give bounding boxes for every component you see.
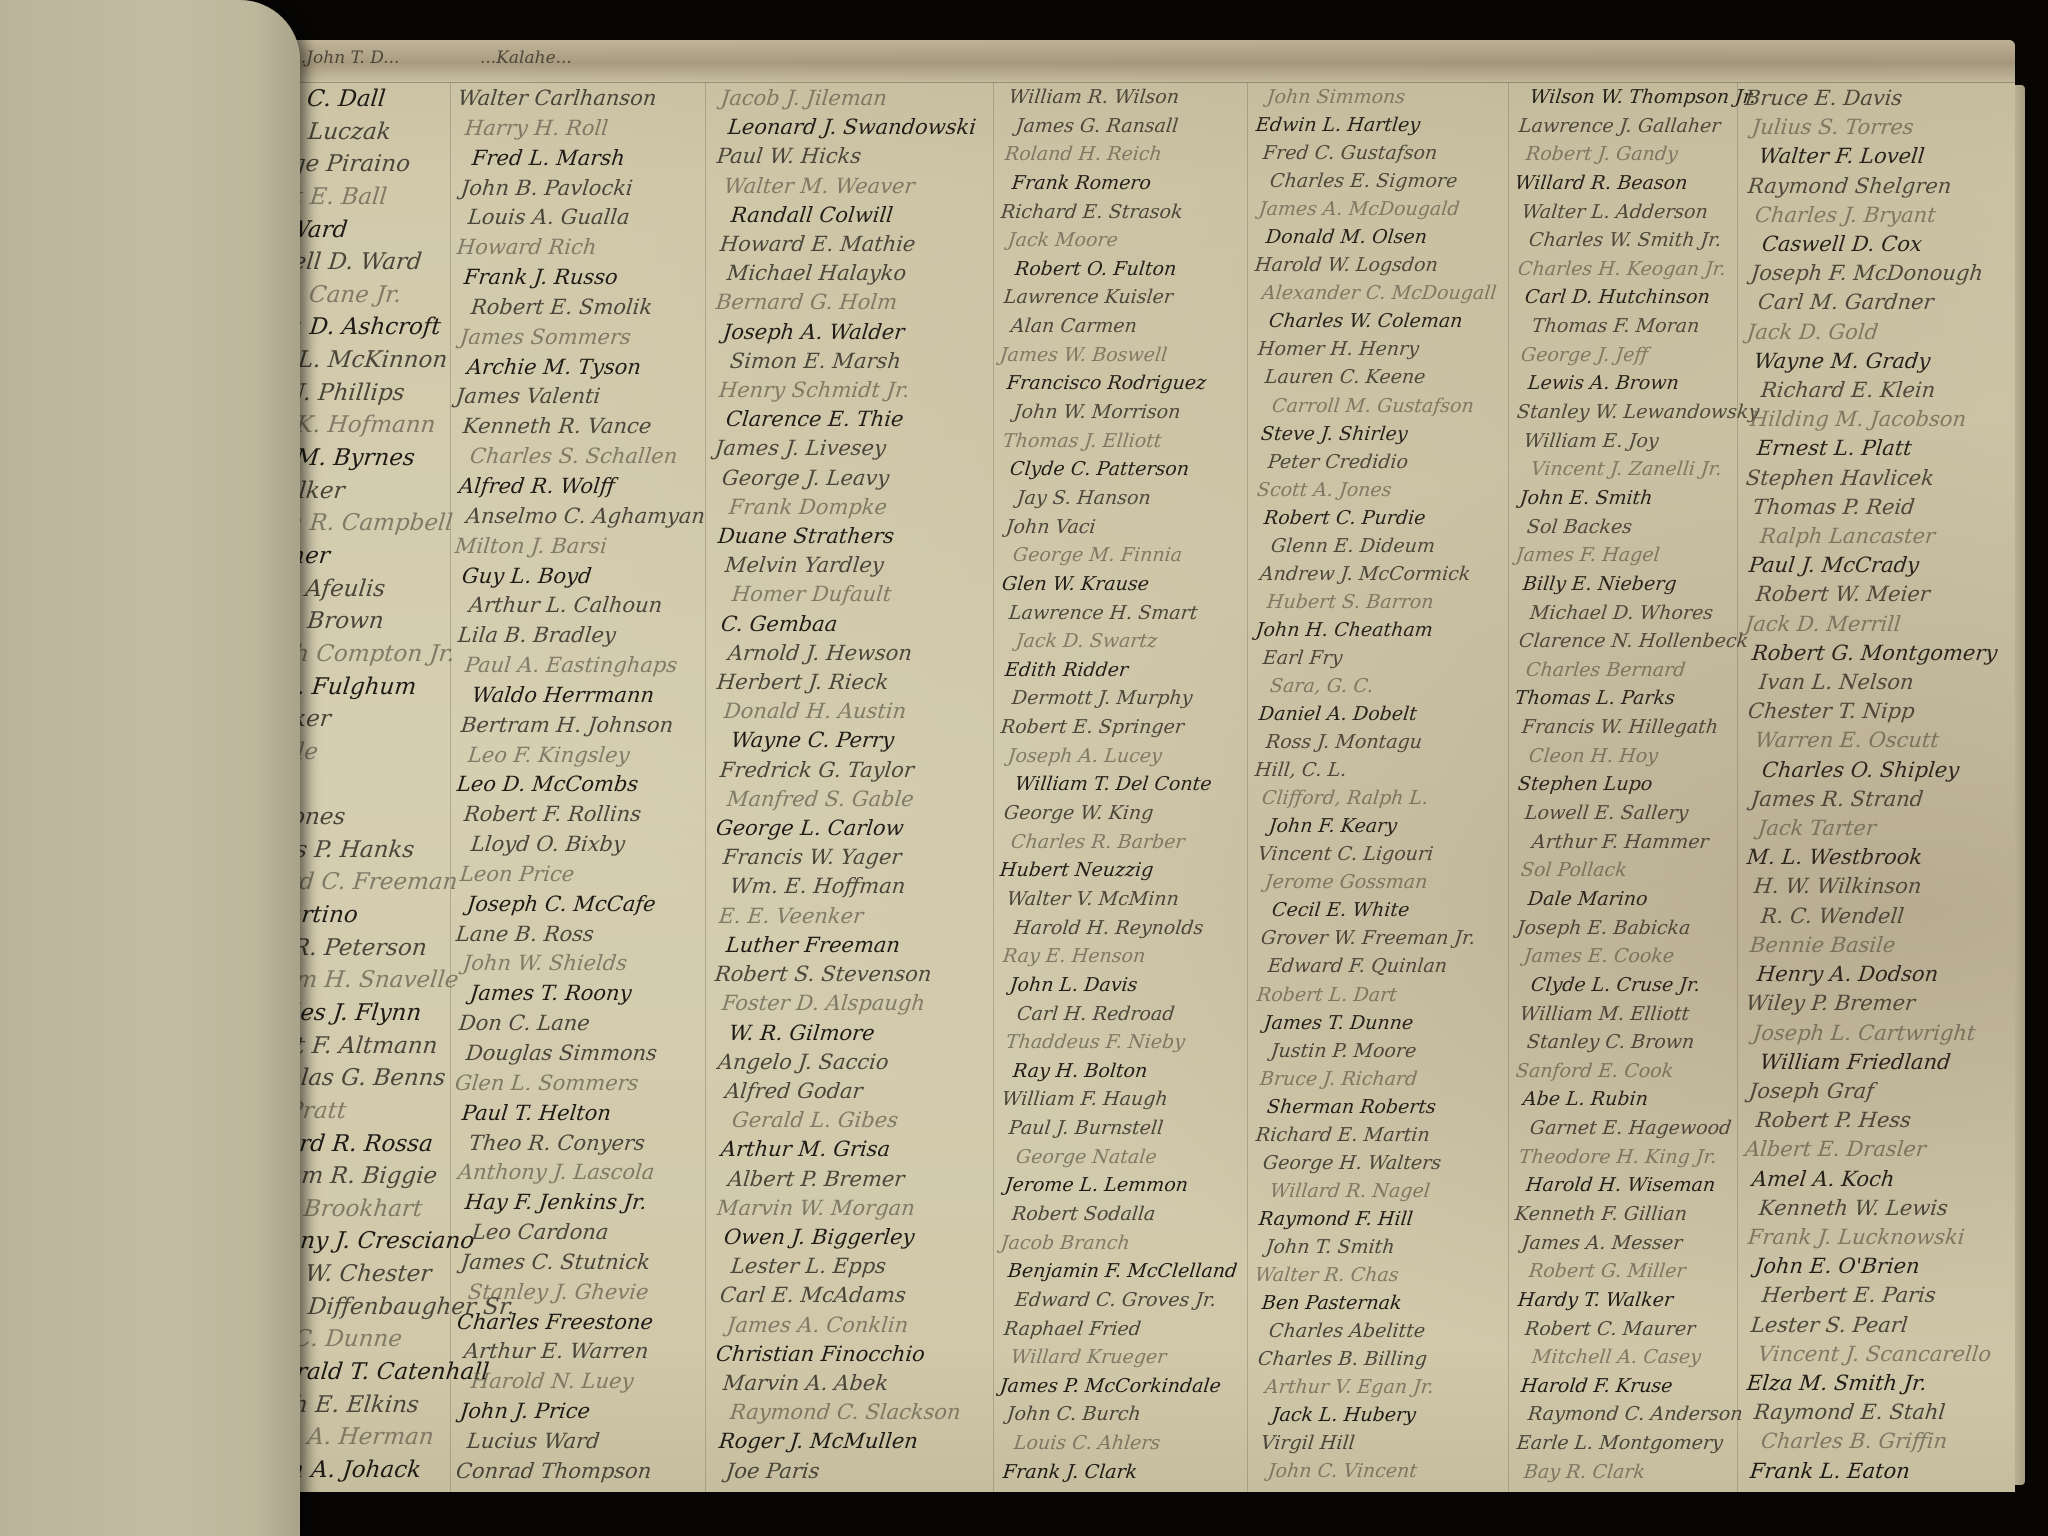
signature-entry: Lester L. Epps (714, 1256, 991, 1277)
signature-entry: Francis W. Yager (714, 847, 991, 868)
signature-entry: Hubert Neuzzig (999, 861, 1246, 880)
signature-entry: Arthur M. Grisa (714, 1139, 991, 1160)
signature-entry: Lawrence Kuisler (999, 288, 1246, 307)
signature-entry: Richard E. Strasok (999, 203, 1246, 222)
signature-entry: M. L. Westbrook (1744, 847, 1986, 868)
signature-entry: Leonard J. Swandowski (714, 117, 991, 138)
signature-entry: Dermott J. Murphy (999, 689, 1246, 708)
signature-entry: Charles E. Sigmore (1254, 172, 1506, 191)
signature-entry: Cleon H. Hoy (1514, 747, 1736, 766)
signature-entry: Henry Schmidt Jr. (714, 380, 991, 401)
signature-entry: Howard E. Mathie (714, 234, 991, 255)
column-rule (1737, 82, 1738, 1492)
signature-entry: Vincent C. Ligouri (1254, 845, 1506, 864)
signature-entry: George M. Finnia (999, 546, 1246, 565)
signature-entry: Benjamin F. McClelland (999, 1262, 1246, 1281)
column-rule (993, 82, 994, 1492)
signature-entry: Raphael Fried (999, 1320, 1246, 1339)
signature-entry: Charles J. Bryant (1744, 205, 1986, 226)
signature-entry: Stanley W. Lewandowsky (1514, 403, 1736, 422)
signature-entry: Roland H. Reich (999, 145, 1246, 164)
signature-entry: Robert G. Miller (1514, 1262, 1736, 1281)
signature-entry: Marvin A. Abek (714, 1373, 991, 1394)
signature-entry: Charles Bernard (1514, 661, 1736, 680)
signature-entry: Frank L. Eaton (1744, 1461, 1986, 1482)
signature-entry: Arthur V. Egan Jr. (1254, 1378, 1506, 1397)
signature-entry: John L. Davis (999, 976, 1246, 995)
signature-entry: Lawrence J. Gallaher (1514, 117, 1736, 136)
signature-entry: Virgil Hill (1254, 1434, 1506, 1453)
signature-entry: Melvin Yardley (714, 555, 991, 576)
signature-entry: Julius S. Torres (1744, 117, 1986, 138)
signature-entry: Henry A. Dodson (1744, 964, 1986, 985)
signature-entry: Glen L. Sommers (454, 1073, 701, 1094)
signature-column-3: Jacob J. JilemanLeonard J. SwandowskiPau… (715, 88, 990, 1482)
signature-entry: Carl E. McAdams (714, 1285, 991, 1306)
signature-entry: John E. Smith (1514, 489, 1736, 508)
signature-entry: Robert O. Fulton (999, 260, 1246, 279)
signature-entry: Albert E. Drasler (1744, 1139, 1986, 1160)
signature-entry: Clarence E. Thie (714, 409, 991, 430)
signature-entry: Donald H. Austin (714, 701, 991, 722)
signature-entry: Stanley J. Ghevie (454, 1282, 701, 1303)
signature-entry: Milton J. Barsi (454, 536, 701, 557)
signature-entry: Bay R. Clark (1514, 1463, 1736, 1482)
signature-entry: John Simmons (1254, 88, 1506, 107)
column-rule (705, 82, 706, 1492)
signature-entry: Charles B. Billing (1254, 1350, 1506, 1369)
signature-entry: James E. Cooke (1514, 947, 1736, 966)
signature-entry: Wayne C. Perry (714, 730, 991, 751)
signature-entry: Owen J. Biggerley (714, 1227, 991, 1248)
signature-entry: W. R. Gilmore (714, 1023, 991, 1044)
signature-entry: Michael D. Whores (1514, 604, 1736, 623)
ledger-page: ...John T. D... ...Kalahe... Robert C. D… (230, 40, 2015, 1492)
signature-entry: Charles B. Griffin (1744, 1431, 1986, 1452)
signature-entry: Paul W. Hicks (714, 146, 991, 167)
signature-entry: James P. McCorkindale (999, 1377, 1246, 1396)
signature-entry: George J. Jeff (1514, 346, 1736, 365)
signature-entry: Anthony J. Lascola (454, 1162, 701, 1183)
signature-entry: Joseph E. Babicka (1514, 919, 1736, 938)
signature-entry: Walter V. McMinn (999, 890, 1246, 909)
signature-entry: Luther Freeman (714, 935, 991, 956)
signature-entry: Carroll M. Gustafson (1254, 397, 1506, 416)
signature-entry: James T. Dunne (1254, 1014, 1506, 1033)
signature-entry: Lawrence H. Smart (999, 604, 1246, 623)
signature-entry: Carl D. Hutchinson (1514, 288, 1736, 307)
signature-entry: Ernest L. Platt (1744, 438, 1986, 459)
signature-entry: George J. Leavy (714, 468, 991, 489)
signature-entry: John J. Price (454, 1401, 701, 1422)
signature-entry: Edward F. Quinlan (1254, 957, 1506, 976)
signature-entry: Jack D. Gold (1744, 322, 1986, 343)
signature-entry: Roger J. McMullen (714, 1431, 991, 1452)
signature-entry: Willard R. Nagel (1254, 1182, 1506, 1201)
signature-entry: Robert E. Springer (999, 718, 1246, 737)
signature-entry: Harold H. Reynolds (999, 919, 1246, 938)
signature-entry: Thomas L. Parks (1514, 689, 1736, 708)
signature-entry: Jack D. Swartz (999, 632, 1246, 651)
signature-entry: Clarence N. Hollenbeck (1514, 632, 1736, 651)
signature-entry: Richard E. Klein (1744, 380, 1986, 401)
signature-entry: Thomas P. Reid (1744, 497, 1986, 518)
signature-entry: William F. Haugh (999, 1090, 1246, 1109)
signature-entry: Thaddeus F. Nieby (999, 1033, 1246, 1052)
signature-entry: Sara, G. C. (1254, 677, 1506, 696)
signature-entry: Kenneth R. Vance (454, 416, 701, 437)
signature-entry: Jacob Branch (999, 1234, 1246, 1253)
signature-entry: Steve J. Shirley (1254, 425, 1506, 444)
signature-entry: Donald M. Olsen (1254, 228, 1506, 247)
signature-entry: Jacob J. Jileman (714, 88, 991, 109)
signature-entry: James J. Livesey (714, 438, 991, 459)
signature-entry: Guy L. Boyd (454, 566, 701, 587)
left-page-curl[interactable] (0, 0, 300, 1536)
signature-entry: Charles O. Shipley (1744, 760, 1986, 781)
signature-entry: Robert C. Purdie (1254, 509, 1506, 528)
signature-entry: Caswell D. Cox (1744, 234, 1986, 255)
signature-entry: Willard Krueger (999, 1348, 1246, 1367)
signature-column-4: William R. WilsonJames G. RansallRoland … (1000, 88, 1245, 1482)
signature-entry: George L. Carlow (714, 818, 991, 839)
signature-entry: Andrew J. McCormick (1254, 565, 1506, 584)
signature-column-6: Wilson W. Thompson Jr.Lawrence J. Gallah… (1515, 88, 1735, 1482)
signature-entry: Chester T. Nipp (1744, 701, 1986, 722)
signature-entry: Earl Fry (1254, 649, 1506, 668)
signature-entry: Alexander C. McDougall (1254, 284, 1506, 303)
signature-entry: James A. Conklin (714, 1315, 991, 1336)
signature-entry: Joseph Graf (1744, 1081, 1986, 1102)
signature-entry: Frank Romero (999, 174, 1246, 193)
signature-entry: Willard R. Beason (1514, 174, 1736, 193)
signature-entry: William R. Wilson (999, 88, 1246, 107)
signature-entry: James F. Hagel (1514, 546, 1736, 565)
signature-entry: Stephen Havlicek (1744, 468, 1986, 489)
signature-entry: Vincent J. Scancarello (1744, 1344, 1986, 1365)
signature-entry: Jerome Gossman (1254, 873, 1506, 892)
signature-entry: Randall Colwill (714, 205, 991, 226)
signature-entry: John F. Keary (1254, 817, 1506, 836)
signature-entry: Hubert S. Barron (1254, 593, 1506, 612)
signature-entry: Leo D. McCombs (454, 774, 701, 795)
signature-entry: Hardy T. Walker (1514, 1291, 1736, 1310)
signature-entry: Sol Pollack (1514, 861, 1736, 880)
signature-entry: Robert J. Gandy (1514, 145, 1736, 164)
signature-entry: Fred C. Gustafson (1254, 144, 1506, 163)
signature-entry: Robert Sodalla (999, 1205, 1246, 1224)
signature-entry: Hill, C. L. (1254, 761, 1506, 780)
column-rule (1247, 82, 1248, 1492)
signature-entry: Louis C. Ahlers (999, 1434, 1246, 1453)
signature-entry: John C. Burch (999, 1405, 1246, 1424)
signature-entry: Waldo Herrmann (454, 685, 701, 706)
signature-entry: Sanford E. Cook (1514, 1062, 1736, 1081)
signature-entry: Warren E. Oscutt (1744, 730, 1986, 751)
signature-entry: Manfred S. Gable (714, 789, 991, 810)
signature-entry: Simon E. Marsh (714, 351, 991, 372)
signature-entry: Lucius Ward (454, 1431, 701, 1452)
signature-entry: Peter Credidio (1254, 453, 1506, 472)
signature-entry: Arthur E. Warren (454, 1341, 701, 1362)
signature-entry: Albert P. Bremer (714, 1169, 991, 1190)
signature-entry: Jack L. Hubery (1254, 1406, 1506, 1425)
signature-entry: Walter L. Adderson (1514, 203, 1736, 222)
signature-entry: Francis W. Hillegath (1514, 718, 1736, 737)
signature-entry: Lewis A. Brown (1514, 374, 1736, 393)
signature-entry: Raymond E. Stahl (1744, 1402, 1986, 1423)
signature-entry: Harold N. Luey (454, 1371, 701, 1392)
signature-entry: John E. O'Brien (1744, 1256, 1986, 1277)
signature-entry: Herbert E. Paris (1744, 1285, 1986, 1306)
signature-entry: James R. Strand (1744, 789, 1986, 810)
signature-entry: Joseph L. Cartwright (1744, 1023, 1986, 1044)
signature-entry: Elza M. Smith Jr. (1744, 1373, 1986, 1394)
signature-entry: Lauren C. Keene (1254, 368, 1506, 387)
signature-entry: James C. Stutnick (454, 1252, 701, 1273)
signature-entry: Cecil E. White (1254, 901, 1506, 920)
signature-entry: Glenn E. Dideum (1254, 537, 1506, 556)
signature-entry: Hilding M. Jacobson (1744, 409, 1986, 430)
signature-entry: John C. Vincent (1254, 1462, 1506, 1481)
signature-entry: Kenneth F. Gillian (1514, 1205, 1736, 1224)
signature-entry: Jerome L. Lemmon (999, 1176, 1246, 1195)
signature-entry: Bernard G. Holm (714, 292, 991, 313)
signature-entry: William E. Joy (1514, 432, 1736, 451)
signature-entry: Ralph Lancaster (1744, 526, 1986, 547)
signature-entry: Stanley C. Brown (1514, 1033, 1736, 1052)
signature-entry: Theodore H. King Jr. (1514, 1148, 1736, 1167)
signature-entry: Howard Rich (454, 237, 701, 258)
signature-entry: Dale Marino (1514, 890, 1736, 909)
signature-entry: James W. Boswell (999, 346, 1246, 365)
signature-entry: Herbert J. Rieck (714, 672, 991, 693)
signature-entry: Bruce J. Richard (1254, 1070, 1506, 1089)
signature-entry: Garnet E. Hagewood (1514, 1119, 1736, 1138)
signature-entry: Richard E. Martin (1254, 1126, 1506, 1145)
signature-entry: Robert L. Dart (1254, 986, 1506, 1005)
signature-entry: Lowell E. Sallery (1514, 804, 1736, 823)
signature-entry: Wiley P. Bremer (1744, 993, 1986, 1014)
signature-entry: Alfred Godar (714, 1081, 991, 1102)
signature-entry: Earle L. Montgomery (1514, 1434, 1736, 1453)
signature-entry: Charles Freestone (454, 1312, 701, 1333)
signature-entry: Joe Paris (714, 1461, 991, 1482)
header-fragment: ...John T. D... (290, 48, 399, 68)
signature-entry: Kenneth W. Lewis (1744, 1198, 1986, 1219)
column-rule (1508, 82, 1509, 1492)
signature-entry: Grover W. Freeman Jr. (1254, 929, 1506, 948)
signature-entry: R. C. Wendell (1744, 906, 1986, 927)
signature-entry: Don C. Lane (454, 1013, 701, 1034)
signature-entry: Robert W. Meier (1744, 584, 1986, 605)
signature-entry: Carl M. Gardner (1744, 292, 1986, 313)
signature-entry: Ray H. Bolton (999, 1062, 1246, 1081)
signature-entry: Arthur F. Hammer (1514, 833, 1736, 852)
signature-entry: Joseph F. McDonough (1744, 263, 1986, 284)
signature-entry: John Vaci (999, 518, 1246, 537)
header-fragment: ...Kalahe... (480, 48, 572, 68)
signature-entry: Edward C. Groves Jr. (999, 1291, 1246, 1310)
signature-entry: Arnold J. Hewson (714, 643, 991, 664)
signature-entry: Jack Tarter (1744, 818, 1986, 839)
signature-entry: Jack Moore (999, 231, 1246, 250)
signature-entry: Fredrick G. Taylor (714, 760, 991, 781)
signature-entry: Foster D. Alspaugh (714, 993, 991, 1014)
signature-entry: George W. King (999, 804, 1246, 823)
signature-entry: Bennie Basile (1744, 935, 1986, 956)
signature-entry: Douglas Simmons (454, 1043, 701, 1064)
signature-entry: Harry H. Roll (454, 118, 701, 139)
signature-entry: Theo R. Conyers (454, 1133, 701, 1154)
signature-entry: Edwin L. Hartley (1254, 116, 1506, 135)
signature-entry: Christian Finocchio (714, 1344, 991, 1365)
signature-entry: Stephen Lupo (1514, 775, 1736, 794)
signature-entry: Vincent J. Zanelli Jr. (1514, 460, 1736, 479)
signature-entry: Bruce E. Davis (1744, 88, 1986, 109)
signature-entry: Anselmo C. Aghamyan (454, 506, 701, 527)
signature-entry: Wayne M. Grady (1744, 351, 1986, 372)
signature-entry: Joseph A. Walder (714, 322, 991, 343)
signature-entry: Robert F. Rollins (454, 804, 701, 825)
signature-entry: Paul T. Helton (454, 1103, 701, 1124)
signature-entry: James A. McDougald (1254, 200, 1506, 219)
signature-entry: Frank Dompke (714, 497, 991, 518)
signature-entry: Leo F. Kingsley (454, 745, 701, 766)
signature-entry: Charles H. Keogan Jr. (1514, 260, 1736, 279)
signature-entry: William M. Elliott (1514, 1005, 1736, 1024)
signature-entry: Clyde C. Patterson (999, 460, 1246, 479)
signature-entry: Joseph A. Lucey (999, 747, 1246, 766)
signature-entry: Edith Ridder (999, 661, 1246, 680)
signature-entry: Clyde L. Cruse Jr. (1514, 976, 1736, 995)
signature-entry: Robert C. Maurer (1514, 1320, 1736, 1339)
signature-entry: E. E. Veenker (714, 906, 991, 927)
signature-entry: Hay F. Jenkins Jr. (454, 1192, 701, 1213)
signature-entry: Ray E. Henson (999, 947, 1246, 966)
signature-entry: Abe L. Rubin (1514, 1090, 1736, 1109)
signature-entry: Harold W. Logsdon (1254, 256, 1506, 275)
signature-entry: Angelo J. Saccio (714, 1052, 991, 1073)
signature-entry: Sherman Roberts (1254, 1098, 1506, 1117)
signature-entry: Harold H. Wiseman (1514, 1176, 1736, 1195)
signature-entry: James T. Roony (454, 983, 701, 1004)
signature-entry: George Natale (999, 1148, 1246, 1167)
signature-entry: Raymond C. Slackson (714, 1402, 991, 1423)
signature-entry: Homer H. Henry (1254, 340, 1506, 359)
signature-entry: Jay S. Hanson (999, 489, 1246, 508)
signature-entry: Alfred R. Wolff (454, 476, 701, 497)
signature-entry: Conrad Thompson (454, 1461, 701, 1482)
signature-entry: James A. Messer (1514, 1234, 1736, 1253)
signature-entry: William Friedland (1744, 1052, 1986, 1073)
signature-entry: Frank J. Russo (454, 267, 701, 288)
signature-entry: Michael Halayko (714, 263, 991, 284)
signature-entry: Carl H. Redroad (999, 1005, 1246, 1024)
signature-entry: Walter F. Lovell (1744, 146, 1986, 167)
signature-entry: Lila B. Bradley (454, 625, 701, 646)
signature-entry: John T. Smith (1254, 1238, 1506, 1257)
signature-entry: Amel A. Koch (1744, 1169, 1986, 1190)
signature-entry: Scott A. Jones (1254, 481, 1506, 500)
header-strip: ...John T. D... ...Kalahe... (230, 40, 2015, 83)
signature-entry: Sol Backes (1514, 518, 1736, 537)
signature-entry: Robert G. Montgomery (1744, 643, 1986, 664)
signature-entry: Walter M. Weaver (714, 176, 991, 197)
signature-entry: Ben Pasternak (1254, 1294, 1506, 1313)
signature-entry: Ross J. Montagu (1254, 733, 1506, 752)
signature-entry: C. Gembaa (714, 614, 991, 635)
signature-entry: Homer Dufault (714, 584, 991, 605)
signature-entry: Leo Cardona (454, 1222, 701, 1243)
signature-entry: Thomas F. Moran (1514, 317, 1736, 336)
signature-entry: Charles W. Coleman (1254, 312, 1506, 331)
signature-entry: Charles R. Barber (999, 833, 1246, 852)
signature-entry: Wm. E. Hoffman (714, 876, 991, 897)
signature-entry: Robert S. Stevenson (714, 964, 991, 985)
signature-column-5: John SimmonsEdwin L. HartleyFred C. Gust… (1255, 88, 1505, 1482)
signature-entry: Charles Abelitte (1254, 1322, 1506, 1341)
signature-entry: James Valenti (454, 386, 701, 407)
signature-entry: Clifford, Ralph L. (1254, 789, 1506, 808)
signature-entry: Lloyd O. Bixby (454, 834, 701, 855)
column-rule (450, 82, 451, 1492)
signature-entry: William T. Del Conte (999, 775, 1246, 794)
signature-entry: Walter Carlhanson (454, 88, 701, 109)
signature-entry: Lester S. Pearl (1744, 1315, 1986, 1336)
signature-entry: Paul J. McCrady (1744, 555, 1986, 576)
signature-entry: Lane B. Ross (454, 924, 701, 945)
signature-entry: Francisco Rodriguez (999, 374, 1246, 393)
signature-entry: Glen W. Krause (999, 575, 1246, 594)
signature-entry: Wilson W. Thompson Jr. (1514, 88, 1736, 107)
signature-entry: Charles W. Smith Jr. (1514, 231, 1736, 250)
signature-entry: Robert E. Smolik (454, 297, 701, 318)
signature-entry: Arthur L. Calhoun (454, 595, 701, 616)
signature-column-7: Bruce E. DavisJulius S. TorresWalter F. … (1745, 88, 1985, 1482)
signature-entry: Thomas J. Elliott (999, 432, 1246, 451)
signature-entry: Fred L. Marsh (454, 148, 701, 169)
signature-entry: Paul A. Eastinghaps (454, 655, 701, 676)
signature-entry: Bertram H. Johnson (454, 715, 701, 736)
signature-entry: John W. Shields (454, 953, 701, 974)
signature-entry: H. W. Wilkinson (1744, 876, 1986, 897)
signature-entry: Alan Carmen (999, 317, 1246, 336)
signature-entry: Marvin W. Morgan (714, 1198, 991, 1219)
signature-entry: Joseph C. McCafe (454, 894, 701, 915)
signature-entry: Ivan L. Nelson (1744, 672, 1986, 693)
signature-entry: John H. Cheatham (1254, 621, 1506, 640)
signature-entry: Frank J. Clark (999, 1463, 1246, 1482)
signature-entry: Daniel A. Dobelt (1254, 705, 1506, 724)
signature-entry: Justin P. Moore (1254, 1042, 1506, 1061)
signature-entry: Raymond Shelgren (1744, 176, 1986, 197)
signature-entry: John B. Pavlocki (454, 178, 701, 199)
signature-entry: Archie M. Tyson (454, 357, 701, 378)
signature-entry: John W. Morrison (999, 403, 1246, 422)
signature-entry: Duane Strathers (714, 526, 991, 547)
signature-entry: Louis A. Gualla (454, 207, 701, 228)
signature-entry: Billy E. Nieberg (1514, 575, 1736, 594)
signature-entry: Paul J. Burnstell (999, 1119, 1246, 1138)
signature-entry: George H. Walters (1254, 1154, 1506, 1173)
signature-entry: Raymond F. Hill (1254, 1210, 1506, 1229)
signature-entry: Walter R. Chas (1254, 1266, 1506, 1285)
signature-column-2: Walter CarlhansonHarry H. RollFred L. Ma… (455, 88, 700, 1482)
signature-entry: James G. Ransall (999, 117, 1246, 136)
signature-entry: Jack D. Merrill (1744, 614, 1986, 635)
signature-entry: James Sommers (454, 327, 701, 348)
